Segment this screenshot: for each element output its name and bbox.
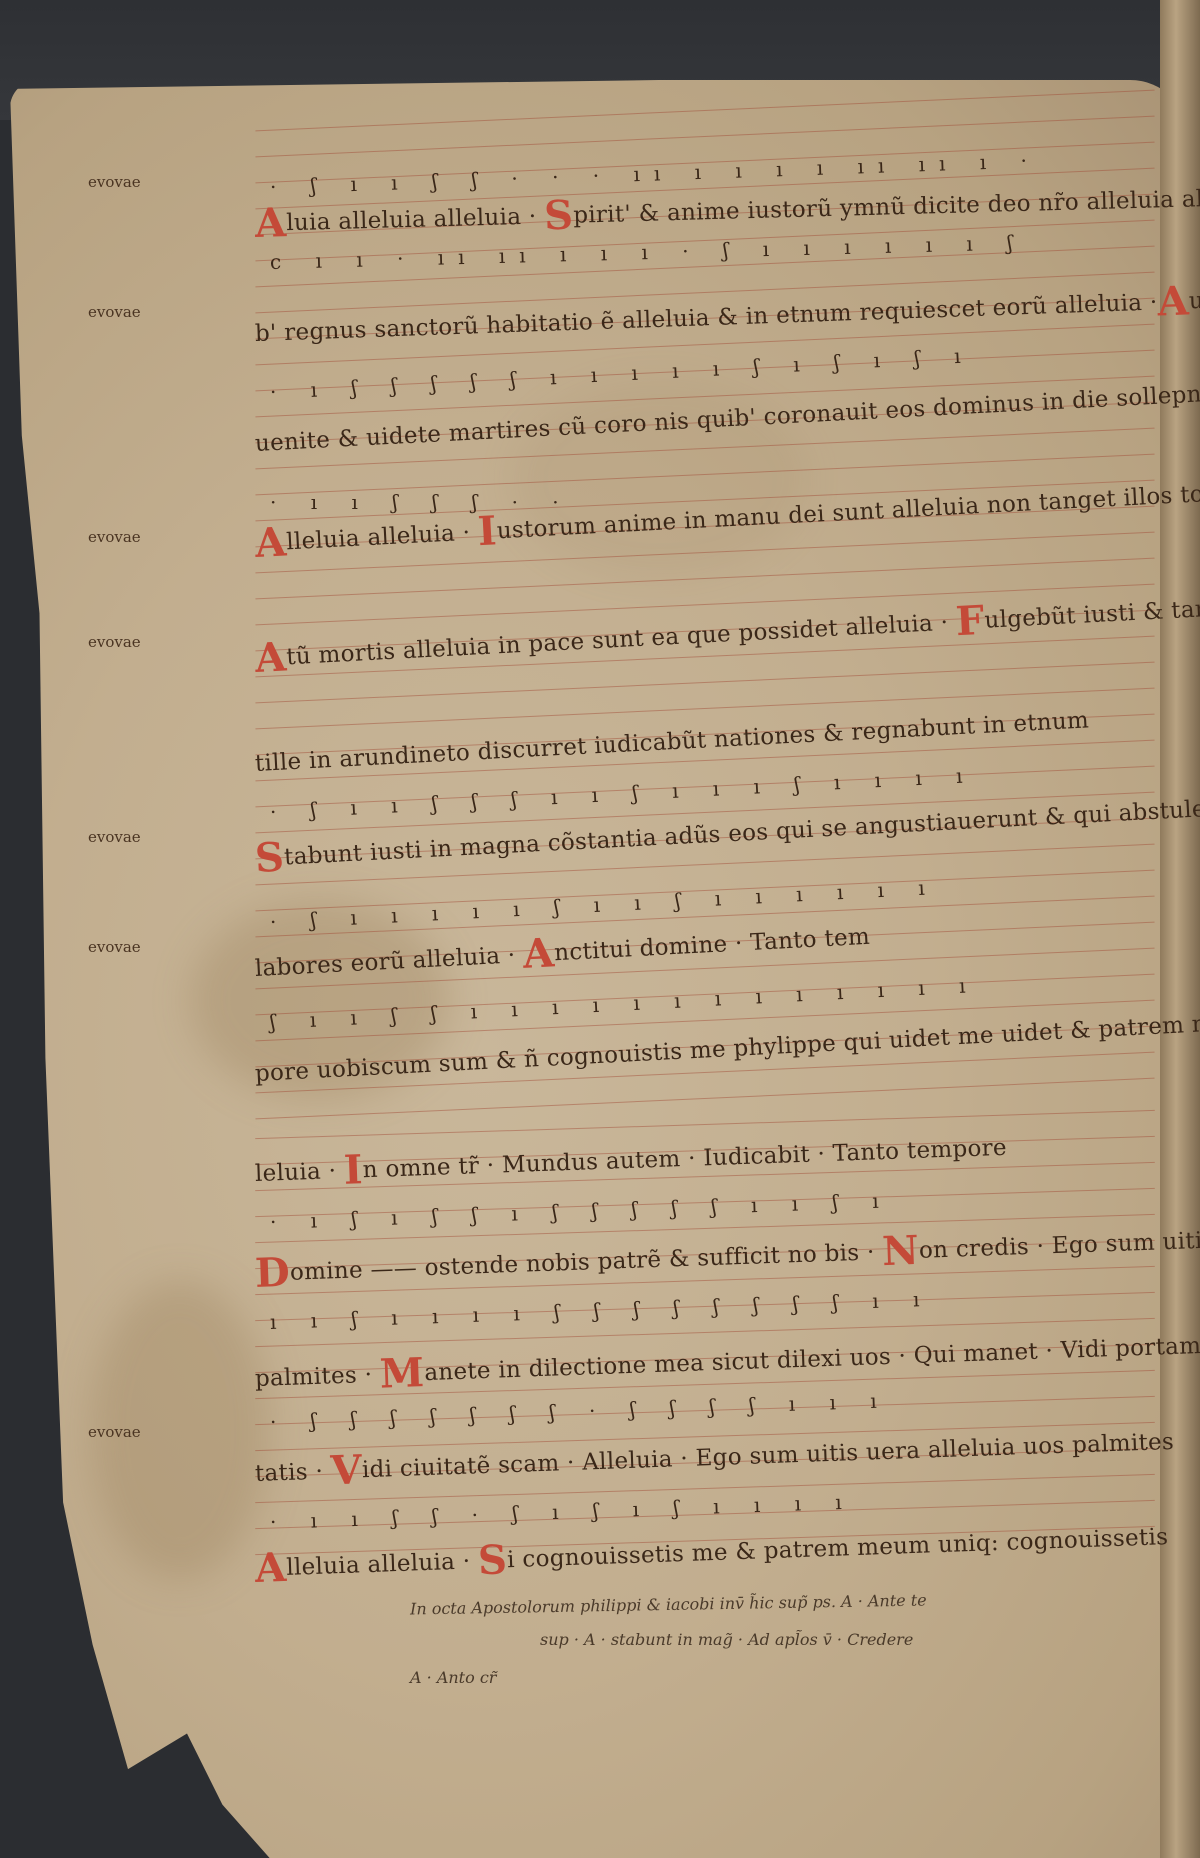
text-segment: labores eorũ alleluia · [254,942,523,982]
later-annotation-line-2: sup · A · stabunt in mag̃ · Ad apl̃os v̄… [540,1630,913,1649]
text-segment: ulte iherusalem [1188,282,1200,315]
later-annotation-line-3: A · Anto cr̃ [410,1668,496,1687]
red-initial: A [1157,277,1190,325]
red-initial: N [881,1227,919,1275]
text-segment: luia alleluia alleluia · [286,203,544,236]
margin-cue: evovae [88,305,141,320]
text-segment: ulgebũt iusti & tamquam [984,592,1200,634]
red-initial: A [254,633,288,682]
red-initial: S [477,1536,508,1584]
margin-cue: evovae [88,530,141,545]
margin-cue: evovae [88,635,141,650]
text-segment: lleluia alleluia · [286,1548,479,1581]
red-initial: V [330,1446,363,1494]
text-segment: lleluia alleluia · [286,519,479,555]
margin-cue: evovae [88,1425,141,1440]
red-initial: F [955,597,986,645]
text-segment: pirit' & anime iustorũ ymnũ dicite deo n… [573,184,1200,228]
text-segment: on credis · Ego sum uitis uera [919,1225,1200,1263]
text-segment: tatis · [255,1458,332,1487]
margin-cue: evovae [88,830,141,845]
red-initial: I [343,1146,364,1194]
red-initial: I [477,507,498,555]
red-initial: A [254,1544,287,1592]
text-segment: nctitui domine · Tanto tem [554,924,871,967]
red-initial: S [254,834,286,882]
red-initial: D [254,1249,291,1297]
red-initial: A [254,199,287,247]
red-initial: A [254,518,288,567]
text-segment: palmites · [255,1362,381,1392]
red-initial: A [522,929,556,978]
margin-cue: evovae [88,175,141,190]
red-initial: S [543,192,573,240]
red-initial: M [379,1349,425,1398]
margin-cue: evovae [88,940,141,955]
text-segment: leluia · [255,1158,345,1187]
